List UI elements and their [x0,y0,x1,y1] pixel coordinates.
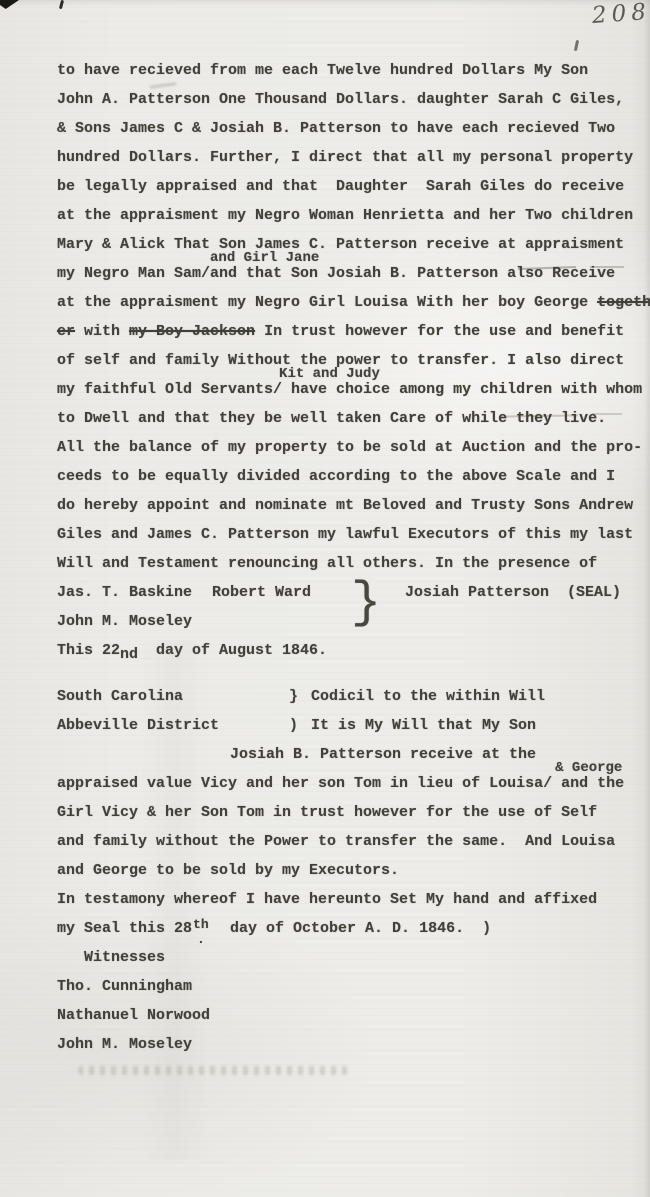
scanned-will-page: 208 to have recieved from me each Twelve… [0,0,650,1197]
will-line: & Sons James C & Josiah B. Patterson to … [57,114,637,143]
place-name: South Carolina [57,682,289,711]
will-line-sam: my Negro Man Sam/and Girl Janeand that S… [57,259,637,288]
will-line: be legally appraised and that Daughter S… [57,172,637,201]
scan-artifact-apostrophe [574,40,579,51]
interline-insertion-wrap: & Georgeand the [561,769,624,798]
scan-edge-shadow-right [644,0,650,1197]
codicil-seal-line: my Seal this 28th. day of October A. D. … [57,914,637,943]
codicil-line: and George to be sold by my Executors. [57,856,637,885]
interline-insertion-wrap: and Girl Janeand that Son Josiah B. Patt… [210,259,615,288]
brace-glyph: } [351,575,381,633]
will-line: do hereby appoint and nominate mt Belove… [57,491,637,520]
interline-insertion: Kit and Judy [279,360,380,389]
line-text: day of October A. D. 1846. ) [212,920,491,937]
scan-edge-shadow-top [0,0,650,7]
period-mark: . [197,925,205,954]
will-line: Giles and James C. Patterson my lawful E… [57,520,637,549]
witnesses-label: Witnesses [57,943,637,972]
codicil-heading-row: South Carolina } Codicil to the within W… [57,682,637,711]
codicil-line: Josiah B. Patterson receive at the [57,740,637,769]
testator-signature: Josiah Patterson (SEAL) [405,578,621,607]
witness-name: Nathanuel Norwood [57,1001,637,1030]
line-text: my Seal this 28 [57,920,192,937]
interline-insertion-wrap: Kit and Judyhave choice among my childre… [291,375,642,404]
line-text: This 22 [57,642,120,659]
will-line-george: at the appraisment my Negro Girl Louisa … [57,288,637,317]
place-name: Abbeville District [57,711,289,740]
will-line: to have recieved from me each Twelve hun… [57,56,637,85]
ordinal-suffix-stack: th. [192,917,212,932]
will-date-line: This 22nd day of August 1846. [57,636,637,665]
will-line: ceeds to be equally divided according to… [57,462,637,491]
brace-glyph: ) [289,711,311,740]
scan-artifact-smudge [78,1066,348,1075]
codicil-text: It is My Will that My Son [311,711,536,740]
will-text-body: to have recieved from me each Twelve hun… [57,56,637,1059]
will-line: at the appraisment my Negro Woman Henrie… [57,201,637,230]
line-text: In trust however for the use and benefit [255,323,624,340]
attestation-block: } Jas. T. Baskine Robert Ward Josiah Pat… [57,578,637,636]
will-line: Mary & Alick That Son James C. Patterson… [57,230,637,259]
will-line-servants: my faithful Old Servants/ Kit and Judyha… [57,375,637,404]
witness-name: Jas. T. Baskine [57,578,212,607]
line-text: appraised value Vicy and her son Tom in … [57,775,552,792]
will-line-jackson: er with my Boy Jackson In trust however … [57,317,637,346]
line-text: with [75,323,129,340]
line-text: day of August 1846. [138,642,327,659]
witness-name: John M. Moseley [57,1030,637,1059]
codicil-line: and family without the Power to transfer… [57,827,637,856]
codicil-line: In testamony whereof I have hereunto Set… [57,885,637,914]
will-line: All the balance of my property to be sol… [57,433,637,462]
line-text: my faithful Old Servants/ [57,381,291,398]
interline-insertion: and Girl Jane [210,244,319,273]
codicil-line: Girl Vicy & her Son Tom in trust however… [57,798,637,827]
struck-out-text: togethe [597,294,650,311]
brace-glyph: } [289,682,311,711]
line-text: at the appraisment my Negro Girl Louisa … [57,294,597,311]
struck-out-text: er [57,323,75,340]
codicil-heading-row: Abbeville District ) It is My Will that … [57,711,637,740]
struck-out-text: my Boy Jackson [129,323,255,340]
interline-insertion: & George [555,754,622,783]
will-line: Will and Testament renouncing all others… [57,549,637,578]
ordinal-suffix: nd [120,646,138,663]
codicil-line-george: appraised value Vicy and her son Tom in … [57,769,637,798]
witness-name: Tho. Cunningham [57,972,637,1001]
codicil-title: Codicil to the within Will [311,682,545,711]
codicil-section: South Carolina } Codicil to the within W… [57,682,637,1059]
witness-name: John M. Moseley [57,607,637,636]
line-text: my Negro Man Sam/ [57,265,210,282]
witness-row: Jas. T. Baskine Robert Ward Josiah Patte… [57,578,637,607]
will-line: hundred Dollars. Further, I direct that … [57,143,637,172]
will-line: to Dwell and that they be well taken Car… [57,404,637,433]
will-line: John A. Patterson One Thousand Dollars. … [57,85,637,114]
handwritten-page-number: 208 [591,0,650,29]
